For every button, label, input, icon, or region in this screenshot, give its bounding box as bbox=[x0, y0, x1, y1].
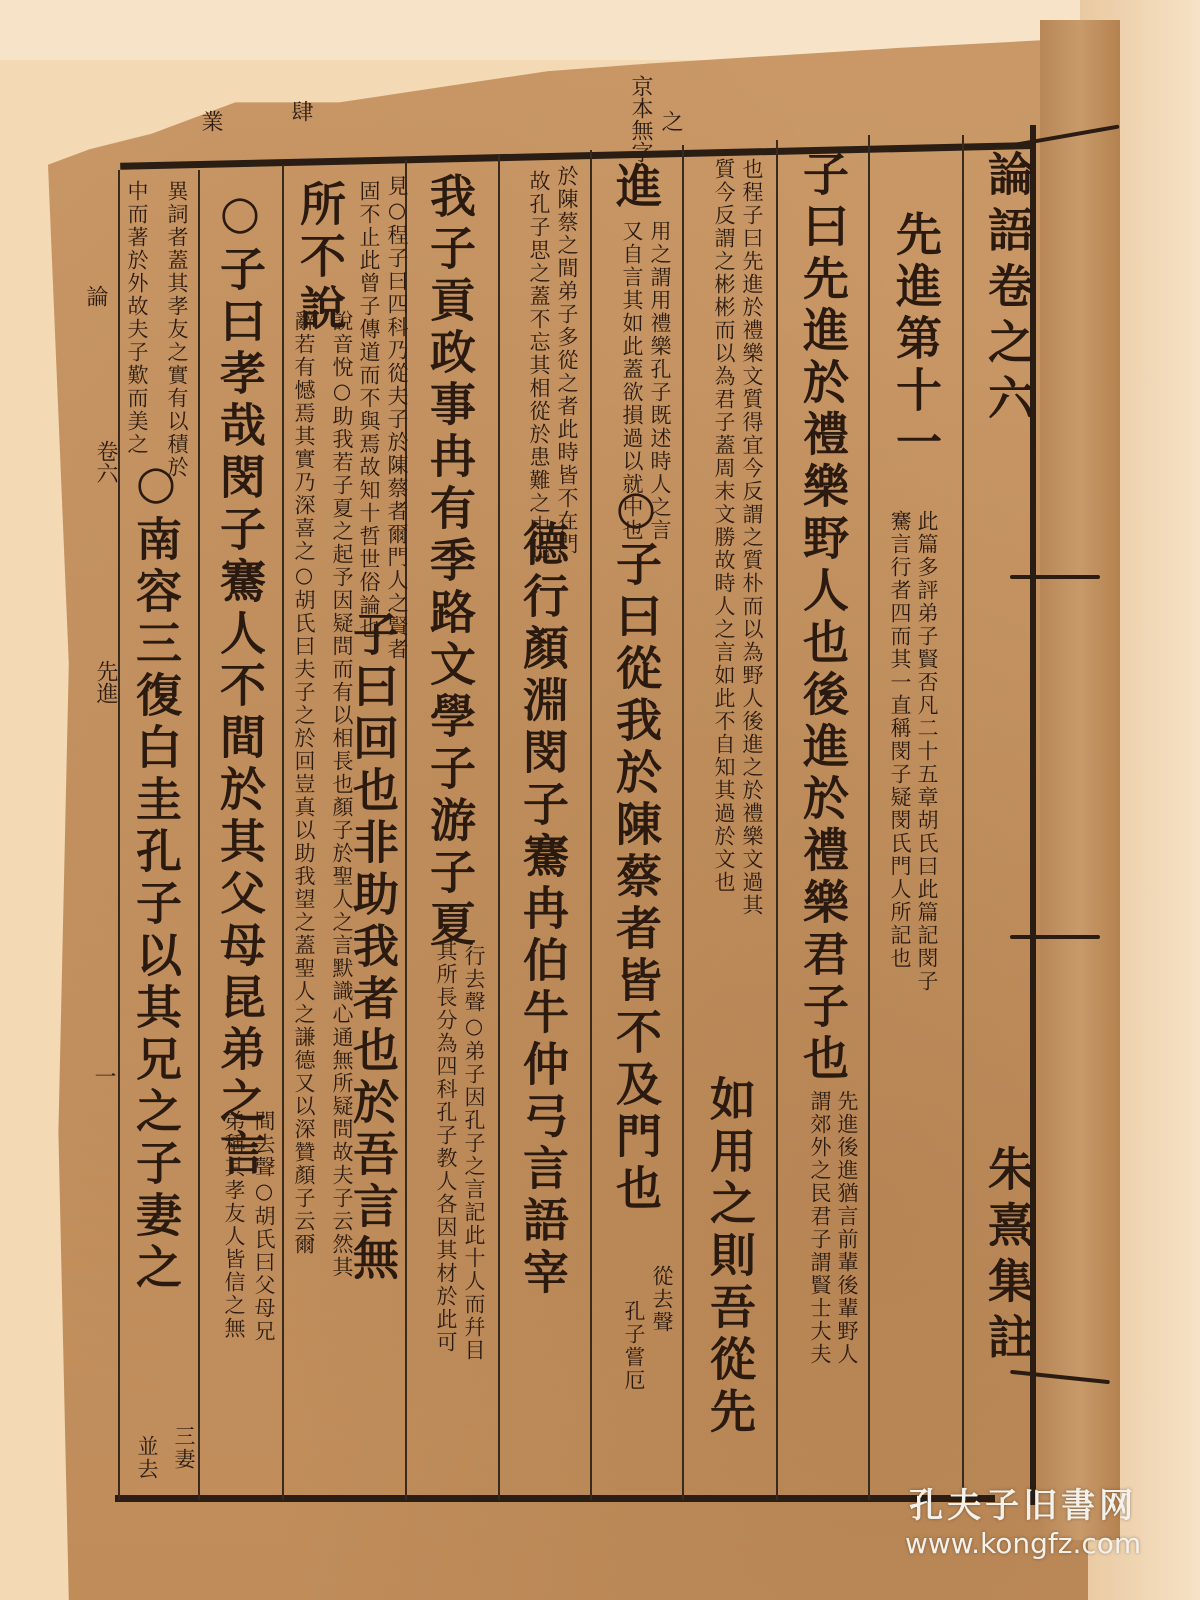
commentary-note: 並去 bbox=[135, 1435, 159, 1481]
commentary-note: 三妻 bbox=[172, 1425, 196, 1471]
chapter-title: 先進第十一 bbox=[888, 210, 944, 470]
commentary-note: 固不止此曾子傳道而不與焉故知十哲世俗論也 bbox=[357, 180, 381, 640]
margin-title: 論 bbox=[80, 285, 111, 307]
commentary-note: 中而著於外故夫子歎而美之 bbox=[125, 180, 149, 456]
bottom-border bbox=[115, 1495, 995, 1502]
column-rule bbox=[682, 145, 684, 1500]
main-text: 如用之則吾從先 bbox=[702, 1075, 758, 1439]
commentary-note: 從去聲 bbox=[650, 1265, 674, 1334]
column-rule bbox=[776, 140, 778, 1500]
header-fragment: 肆 bbox=[285, 100, 316, 122]
column-rule bbox=[282, 165, 284, 1500]
commentary-note: 行去聲○弟子因孔子之言記此十人而幷目 bbox=[462, 945, 486, 1362]
column-rule bbox=[498, 155, 500, 1500]
binding-thread bbox=[1010, 575, 1100, 579]
margin-page-number: 一 bbox=[88, 1065, 119, 1087]
commentator: 朱熹集註 bbox=[975, 1145, 1041, 1369]
column-rule bbox=[962, 135, 964, 1500]
header-imprint-sub: 之 bbox=[655, 110, 686, 132]
commentary-note: 謂郊外之民君子謂賢士大夫 bbox=[808, 1090, 832, 1366]
commentary-note: 見○程子曰四科乃從夫子於陳蔡者爾門人之賢者 bbox=[385, 175, 409, 661]
commentary-note: 弟稱其孝友人皆信之無 bbox=[222, 1110, 246, 1340]
commentary-note: 辭若有憾焉其實乃深喜之○胡氏曰夫子之於回豈真以助我望之蓋聖人之謙德又以深贊顏子云… bbox=[292, 310, 316, 1256]
column-rule bbox=[868, 135, 870, 1500]
main-text: ○子曰從我於陳蔡者皆不及門也 bbox=[608, 480, 664, 1216]
commentary-note: 其所長分為四科孔子教人各因其材於此可 bbox=[434, 940, 458, 1354]
main-text: 我子貢政事冉有季路文學子游子夏 bbox=[422, 172, 478, 952]
margin-chapter: 先進 bbox=[90, 660, 121, 704]
book-title: 論語卷之六 bbox=[975, 150, 1041, 430]
main-text: ○南容三復白圭孔子以其兄之子妻之 bbox=[128, 455, 184, 1295]
column-rule bbox=[590, 150, 592, 1500]
commentary-note: 質今反謂之彬彬而以為君子蓋周末文勝故時人之言如此不自知其過於文也 bbox=[712, 158, 736, 894]
binding-thread bbox=[1010, 935, 1100, 939]
margin-volume: 卷六 bbox=[90, 440, 121, 484]
commentary-note: 孔子嘗厄 bbox=[622, 1300, 646, 1392]
watermark-url: www.kongfz.com bbox=[905, 1527, 1141, 1560]
commentary-note: 故孔子思之蓋不忘其相從於患難之中也 bbox=[527, 170, 551, 561]
main-text: 子曰先進於禮樂野人也後進於禮樂君子也 bbox=[795, 150, 851, 1086]
commentary-note: 也程子曰先進於禮樂文質得宜今反謂之質朴而以為野人後進之於禮樂文過其 bbox=[740, 158, 764, 917]
header-fragment: 業 bbox=[195, 110, 226, 132]
main-text: ○子曰孝哉閔子騫人不間於其父母昆弟之言 bbox=[212, 185, 268, 1181]
left-border bbox=[118, 170, 120, 1500]
main-text: 德行顏淵閔子騫冉伯牛仲弓言語宰 bbox=[515, 520, 571, 1300]
binding-edge bbox=[1040, 20, 1120, 1540]
watermark: 孔夫子旧書网 www.kongfz.com bbox=[905, 1478, 1141, 1560]
main-text: 進 bbox=[608, 162, 664, 214]
commentary-note: 騫言行者四而其一直稱閔子疑閔氏門人所記也 bbox=[888, 510, 912, 970]
commentary-note: 此篇多評弟子賢否凡二十五章胡氏曰此篇記閔子 bbox=[915, 510, 939, 993]
commentary-note: 先進後進猶言前輩後輩野人 bbox=[835, 1090, 859, 1366]
column-rule bbox=[198, 170, 200, 1500]
commentary-note: 於陳蔡之間弟子多從之者此時皆不在門 bbox=[555, 165, 579, 556]
watermark-name: 孔夫子旧書网 bbox=[905, 1478, 1141, 1527]
commentary-note: 間去聲○胡氏曰父母兄 bbox=[252, 1110, 276, 1343]
commentary-note: 異詞者蓋其孝友之實有以積於 bbox=[165, 180, 189, 479]
commentary-note: 說音悅○助我若子夏之起予因疑問而有以相長也顏子於聖人之言默識心通無所疑問故夫子云… bbox=[330, 310, 354, 1279]
